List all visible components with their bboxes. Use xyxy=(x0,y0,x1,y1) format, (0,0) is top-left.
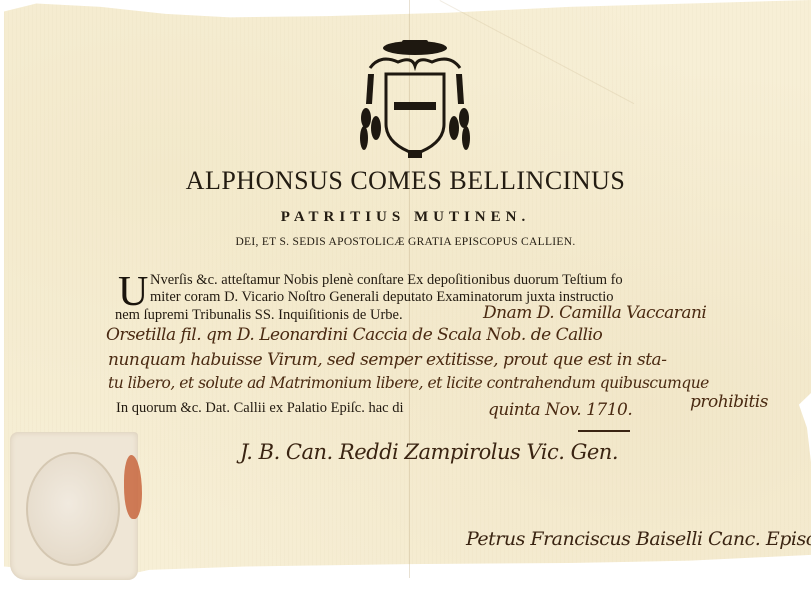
handwritten-line-4: tu libero, et solute ad Matrimonium libe… xyxy=(108,374,709,392)
embossed-seal-icon xyxy=(26,452,120,566)
handwritten-line-2: Orsetilla fil. qm D. Leonardini Caccia d… xyxy=(106,325,602,345)
coat-of-arms-icon xyxy=(356,38,474,162)
handwritten-line-1: Dnam D. Camilla Vaccarani xyxy=(483,303,706,323)
handwritten-prohibitis: prohibitis xyxy=(690,392,768,412)
date-underline xyxy=(578,430,630,432)
drop-cap: U xyxy=(118,272,148,312)
bishop-name-title: ALPHONSUS COMES BELLINCINUS xyxy=(0,166,811,196)
dating-clause: In quorum &c. Dat. Callii ex Palatio Epi… xyxy=(116,400,404,417)
chancellor-signature: Petrus Franciscus Baiselli Canc. Episc. xyxy=(466,528,811,550)
handwritten-date: quinta Nov. 1710. xyxy=(488,400,632,420)
handwritten-line-3: nunquam habuisse Virum, sed semper extit… xyxy=(108,350,666,370)
patrician-subtitle: PATRITIUS MUTINEN. xyxy=(0,209,811,226)
printed-line-1: Nverſis &c. atteſtamur Nobis plenè conſt… xyxy=(150,272,623,289)
printed-line-3: nem ſupremi Tribunalis SS. Inquiſitionis… xyxy=(115,307,403,324)
episcopal-title: DEI, ET S. SEDIS APOSTOLICÆ GRATIA EPISC… xyxy=(0,236,811,248)
vicar-general-signature: J. B. Can. Reddi Zampirolus Vic. Gen. xyxy=(240,440,618,464)
